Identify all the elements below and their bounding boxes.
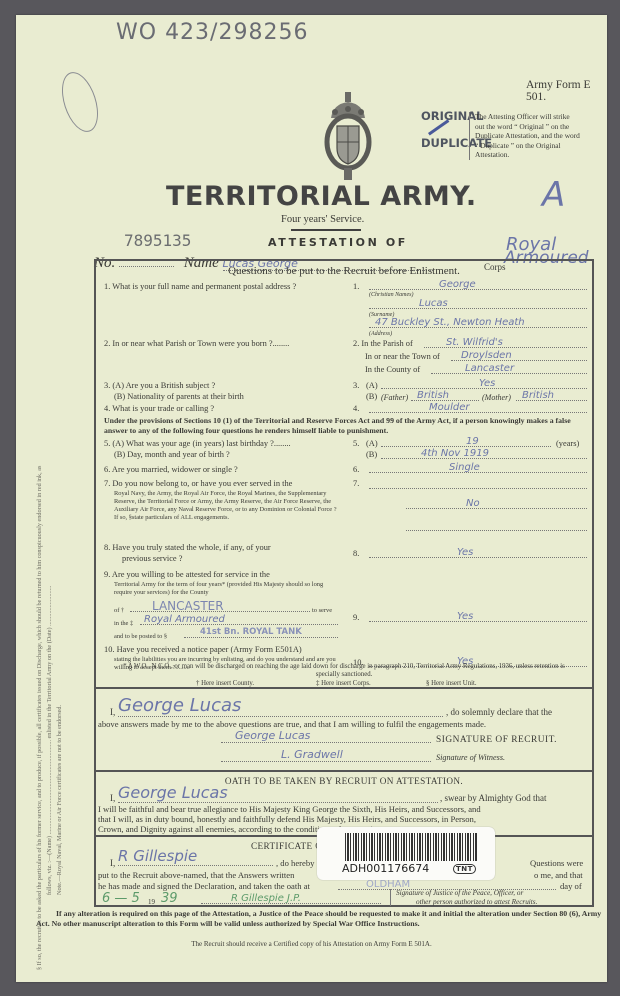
declaration-i-label: I, [110, 707, 115, 718]
footnote-age: * A W.O., N.C.O., or man will be dischar… [96, 663, 592, 680]
magistrate-signature-field[interactable]: R Gillespie J.P. [201, 893, 381, 904]
q7-field-line2[interactable]: No [406, 498, 587, 509]
q9-in-the-label: in the ‡ [114, 620, 133, 628]
q1-address-label: (Address) [369, 331, 392, 337]
certificate-year-suffix[interactable]: 39 [161, 891, 178, 906]
q1-question: 1. What is your full name and permanent … [104, 282, 296, 293]
q2-town-field[interactable]: Droylsden [451, 350, 587, 361]
form-title: TERRITORIAL ARMY. [166, 181, 477, 212]
recruit-signature-field[interactable]: George Lucas [221, 730, 431, 743]
q7-field-line1[interactable] [369, 477, 587, 489]
q8-field[interactable]: Yes [369, 547, 587, 558]
footnote-county: † Here insert County. [196, 680, 254, 687]
certificate-text-1: , do hereby [276, 858, 314, 869]
oath-text-3: that I will, as in duty bound, honestly … [98, 814, 476, 825]
q2-county-field[interactable]: Lancaster [431, 363, 587, 374]
q7-question-line1: 7. Do you now belong to, or have you eve… [104, 479, 292, 490]
barcode-icon [345, 833, 477, 861]
q5a-label: (A) [366, 439, 378, 448]
certified-copy-note: The Recruit should receive a Certified c… [16, 940, 607, 948]
form-number: Army Form E 501. [526, 79, 607, 103]
q3a-field[interactable]: Yes [381, 378, 587, 389]
q9-posted-stamp[interactable]: 41st Bn. ROYAL TANK [184, 627, 338, 638]
subtitle-rule [291, 229, 361, 231]
q1-num: 1. [353, 282, 359, 291]
oath-i-label: I, [110, 793, 115, 804]
q1-address-field[interactable]: 47 Buckley St., Newton Heath [369, 317, 587, 328]
q7-field-line3[interactable] [406, 519, 587, 531]
q9-corps-field[interactable]: Royal Armoured [140, 614, 338, 625]
q5b-birth-date-field[interactable]: 4th Nov 1919 [381, 448, 587, 459]
q3a-question: 3. (A) Are you a British subject ? [104, 381, 215, 392]
q5b-label: (B) [366, 450, 377, 459]
q5-num: 5. [353, 439, 359, 448]
certificate-date-day-month[interactable]: 6 — 5 [102, 891, 140, 906]
barcode-number: ADH001176674 [342, 862, 429, 875]
questions-section-title: Questions to be put to the Recruit befor… [96, 265, 592, 277]
margin-mark [55, 68, 105, 137]
q3a-label: (A) [366, 381, 378, 390]
attestation-heading: ATTESTATION OF [268, 236, 408, 249]
q10-question-line1: 10. Have you received a notice paper (Ar… [104, 645, 302, 656]
archive-reference: WO 423/298256 [116, 20, 308, 45]
oath-section: OATH TO BE TAKEN BY RECRUIT ON ATTESTATI… [94, 770, 594, 835]
q7-num: 7. [353, 479, 359, 488]
margin-note-line-3: Note.—Royal Naval, Marine or Air Force c… [56, 705, 63, 895]
margin-note-line-2: follows, viz. :—(Name) .................… [46, 586, 53, 895]
q9-of-label: of † [114, 607, 124, 615]
q9-field[interactable]: Yes [369, 611, 587, 622]
q6-question: 6. Are you married, widower or single ? [104, 465, 238, 476]
q9-num: 9. [353, 613, 359, 622]
questions-section: Questions to be put to the Recruit befor… [94, 259, 594, 676]
q1-christian-names-field[interactable]: George [369, 279, 587, 290]
q4-field[interactable]: Moulder [369, 402, 587, 413]
alteration-note: If any alteration is required on this pa… [36, 909, 606, 929]
title-annotation: A [542, 175, 565, 215]
oath-text-2: I will be faithful and bear true allegia… [98, 804, 481, 815]
certificate-i-label: I, [110, 858, 115, 869]
q9-county-stamp[interactable]: LANCASTER [130, 601, 310, 612]
recruit-signature-label: SIGNATURE OF RECRUIT. [436, 735, 557, 746]
certificate-text-2: put to the Recruit above-named, that the… [98, 870, 294, 881]
q4-question: 4. What is your trade or calling ? [104, 404, 214, 415]
q3-num: 3. [353, 381, 359, 390]
margin-note-line-1: § If so, the recruit is to be asked the … [36, 466, 43, 970]
certificate-text-1-end: Questions were [530, 858, 583, 869]
q8-question-line2: previous service ? [122, 554, 182, 565]
q4-num: 4. [353, 404, 359, 413]
q3-mother-field[interactable]: British [516, 390, 587, 401]
declaration-text-2: above answers made by me to the above qu… [98, 719, 486, 730]
service-number: 7895135 [124, 231, 191, 250]
q1-surname-field[interactable]: Lucas [369, 298, 587, 309]
witness-signature-label: Signature of Witness. [436, 753, 505, 764]
strike-instruction: The Attesting Officer will strike out th… [469, 112, 580, 160]
q5-years-label: (years) [556, 439, 579, 448]
archive-barcode-label: ADH001176674 TNT [317, 827, 495, 880]
certificate-text-3: he has made and signed the Declaration, … [98, 881, 310, 892]
witness-signature-field[interactable]: L. Gradwell [221, 749, 431, 762]
declaration-name-field[interactable]: George Lucas [118, 696, 443, 717]
declaration-text-1: , do solemnly declare that the [446, 707, 552, 718]
oath-name-field[interactable]: George Lucas [118, 784, 438, 803]
q2-town-label: In or near the Town of [365, 352, 440, 361]
q5a-question: 5. (A) What was your age (in years) last… [104, 439, 291, 450]
q3b-label: (B) [366, 392, 377, 401]
q3-mother-label: (Mother) [482, 393, 511, 402]
q2-parish-field[interactable]: St. Wilfrid's [424, 337, 587, 348]
q7-question-detail: Royal Navy, the Army, the Royal Air Forc… [114, 490, 339, 522]
q8-question-line1: 8. Have you truly stated the whole, if a… [104, 543, 271, 554]
oath-text-1: , swear by Almighty God that [440, 793, 547, 804]
q6-num: 6. [353, 465, 359, 474]
q9-question-line1: 9. Are you willing to be attested for se… [104, 570, 270, 581]
q9-posted-label: and to be posted to § [114, 633, 167, 641]
q5b-question: (B) Day, month and year of birth ? [114, 450, 230, 461]
q2-county-label: In the County of [365, 365, 420, 374]
signature-bracket [390, 889, 391, 906]
q9-question-detail: Territorial Army for the term of four ye… [114, 581, 339, 597]
q2-parish-label: 2. In the Parish of [353, 339, 413, 348]
certificate-year-prefix: 19 [148, 897, 155, 908]
tnt-logo: TNT [453, 864, 476, 874]
attestation-form-page: WO 423/298256 Army Form E 501. ORIGINAL … [16, 15, 607, 982]
q3b-question: (B) Nationality of parents at their birt… [114, 392, 244, 403]
q3-father-label: (Father) [381, 393, 408, 402]
footnote-corps: ‡ Here insert Corps. [316, 680, 371, 687]
false-answer-warning: Under the provisions of Sections 10 (1) … [104, 416, 588, 436]
certificate-day-of-label: day of [560, 881, 582, 892]
q3-father-field[interactable]: British [411, 390, 479, 401]
certificate-signature-label-1: Signature of Justice of the Peace, Offic… [396, 889, 523, 898]
q5a-age-field[interactable]: 19 [381, 436, 551, 447]
certificate-signature-label-2: other person authorized to attest Recrui… [416, 898, 537, 907]
form-subtitle: Four years' Service. [281, 214, 364, 225]
q8-num: 8. [353, 549, 359, 558]
declaration-section: I, George Lucas , do solemnly declare th… [94, 687, 594, 770]
footnote-unit: § Here insert Unit. [426, 680, 477, 687]
royal-crest-icon [323, 90, 373, 182]
q2-question: 2. In or near what Parish or Town were y… [104, 339, 289, 350]
q6-field[interactable]: Single [369, 462, 587, 473]
certificate-name-field[interactable]: R Gillespie [118, 847, 273, 866]
